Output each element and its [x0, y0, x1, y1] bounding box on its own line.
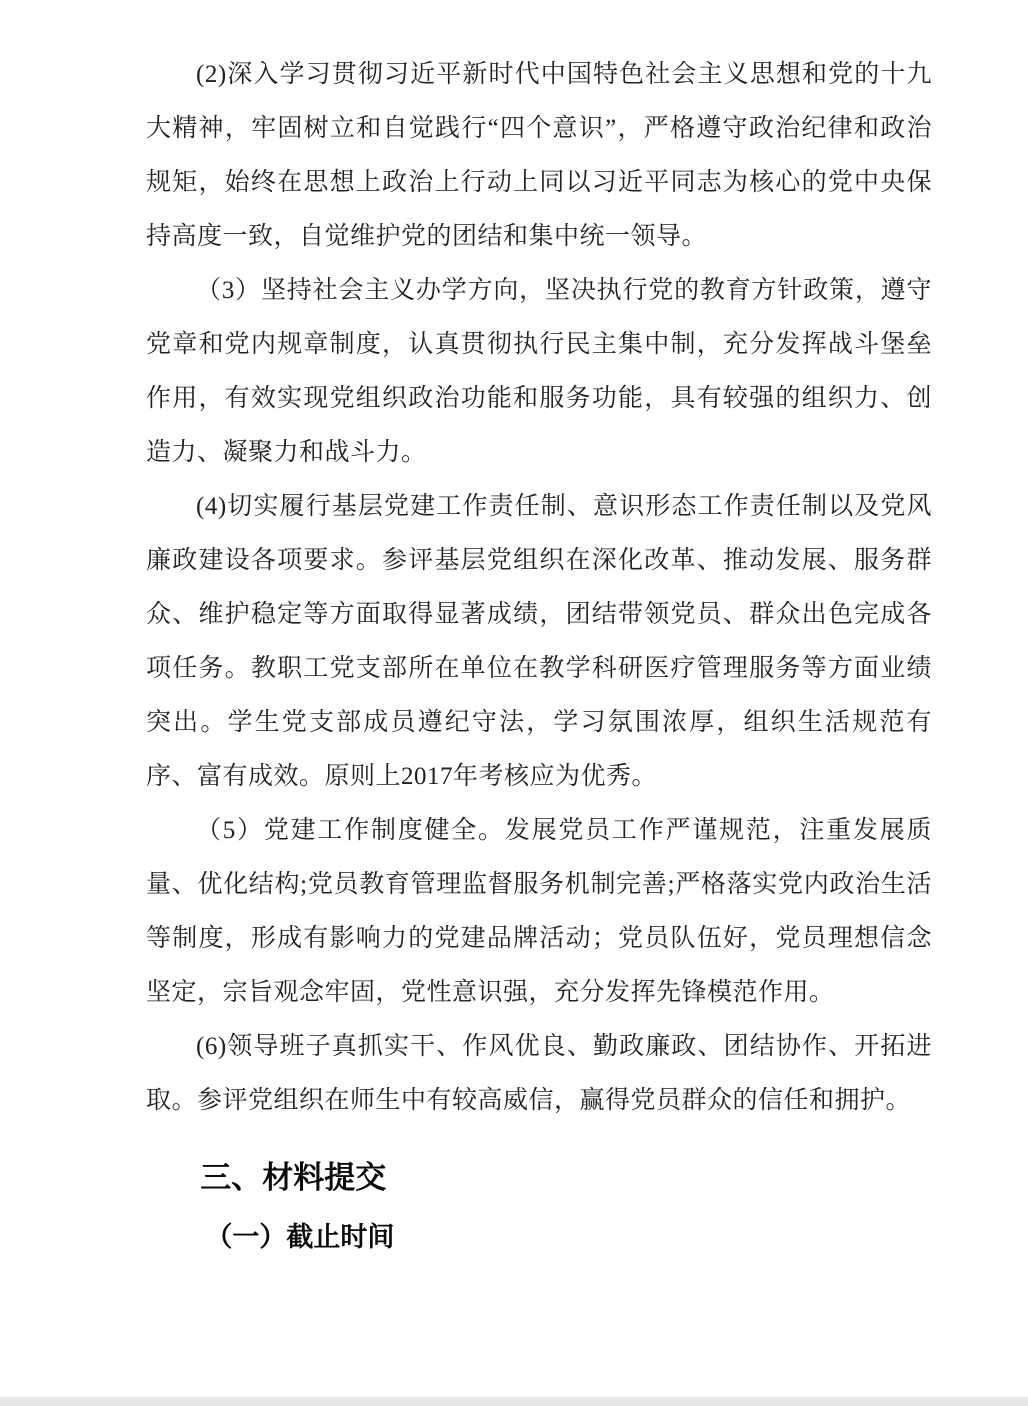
subheading-deadline: （一）截止时间 — [146, 1210, 932, 1264]
document-content: (2)深入学习贯彻习近平新时代中国特色社会主义思想和党的十九大精神，牢固树立和自… — [0, 0, 1028, 1264]
paragraph-item-5: （5）党建工作制度健全。发展党员工作严谨规范，注重发展质量、优化结构;党员教育管… — [146, 804, 932, 1020]
paragraph-item-3: （3）坚持社会主义办学方向，坚决执行党的教育方针政策，遵守党章和党内规章制度，认… — [146, 264, 932, 480]
page-bottom-edge — [0, 1397, 1028, 1406]
section-heading-material-submission: 三、材料提交 — [146, 1150, 932, 1206]
document-page: (2)深入学习贯彻习近平新时代中国特色社会主义思想和党的十九大精神，牢固树立和自… — [0, 0, 1028, 1406]
paragraph-item-4: (4)切实履行基层党建工作责任制、意识形态工作责任制以及党风廉政建设各项要求。参… — [146, 480, 932, 804]
paragraph-item-2: (2)深入学习贯彻习近平新时代中国特色社会主义思想和党的十九大精神，牢固树立和自… — [146, 48, 932, 264]
paragraph-item-6: (6)领导班子真抓实干、作风优良、勤政廉政、团结协作、开拓进取。参评党组织在师生… — [146, 1020, 932, 1128]
